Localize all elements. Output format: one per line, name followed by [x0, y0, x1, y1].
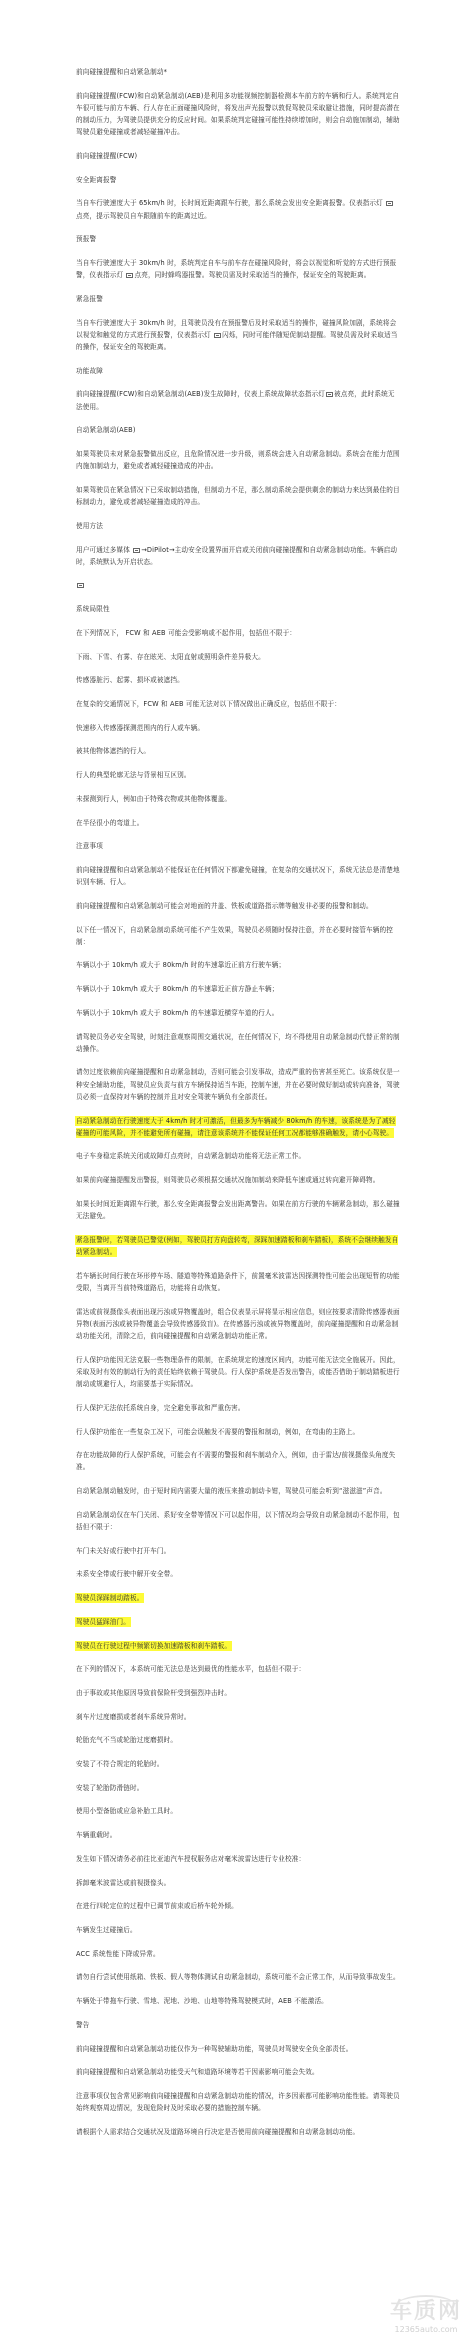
paragraph: 功能故障	[76, 365, 400, 377]
paragraph: 请勿过度依赖前向碰撞提醒和自动紧急制动，否则可能会引发事故，造成严重的伤害甚至死…	[76, 1066, 400, 1103]
paragraph: 拆卸毫米波雷达或前视摄像头。	[76, 1877, 400, 1889]
paragraph: 当自车行驶速度大于 65km/h 时，长时间近距离跟车行驶，那么系统会发出安全距…	[76, 197, 400, 221]
paragraph: 被其他物体遮挡的行人。	[76, 745, 400, 757]
paragraph: 请根据个人需求结合交通状况及道路环境自行决定是否使用前向碰撞提醒和自动紧急制动功…	[76, 2126, 400, 2138]
paragraph-text: 快速移入传感器探测范围内的行人或车辆。	[76, 724, 204, 732]
document-body: 前向碰撞提醒和自动紧急制动* 前向碰撞提醒(FCW)和自动紧急制动(AEB)是利…	[76, 66, 400, 2150]
paragraph-text: 使用小型备胎或应急补胎工具时。	[76, 1807, 177, 1815]
paragraph: 刹车片过度磨损或者刹车系统异常时。	[76, 1711, 400, 1723]
paragraph-list: 前向碰撞提醒(FCW)和自动紧急制动(AEB)是利用多功能视频控制器检测本车前方…	[76, 90, 400, 2138]
paragraph: 注意事项	[76, 840, 400, 852]
paragraph: 如果驾驶员未对紧急报警做出反应，且危险情况进一步升级，则系统会进入自动紧急制动。…	[76, 448, 400, 472]
paragraph-text: 被其他物体遮挡的行人。	[76, 747, 150, 755]
paragraph-text: 在下列的情况下，本系统可能无法总是达到最优的性能水平，包括但不限于：	[76, 1665, 305, 1673]
paragraph-text: 车辆以小于 10km/h 或大于 80km/h 时的车速靠近正前方行驶车辆；	[76, 961, 285, 969]
paragraph: 驾驶员深踩制动踏板。	[76, 1592, 400, 1604]
paragraph-text: 功能故障	[76, 367, 103, 375]
paragraph-text: 前向碰撞提醒和自动紧急制动功能仅作为一种驾驶辅助功能，驾驶员对驾驶安全负全部责任…	[76, 2045, 353, 2053]
paragraph-text: 安装了不符合规定的轮胎时。	[76, 1760, 164, 1768]
paragraph-text: 安装了轮胎防滑链时。	[76, 1784, 143, 1792]
paragraph: 自动紧急制动在行驶速度大于 4km/h 时才可激活，但最多为车辆减少 80km/…	[76, 1115, 400, 1139]
paragraph-text: 车辆以小于 10km/h 或大于 80km/h 的车速靠近正前方静止车辆；	[76, 985, 278, 993]
paragraph: 以下任一情况下，自动紧急制动系统可能不产生效果，驾驶员必须随时保持注意，并在必要…	[76, 924, 400, 948]
paragraph: 驾驶员猛踩油门。	[76, 1616, 400, 1628]
paragraph: 车辆以小于 10km/h 或大于 80km/h 时的车速靠近正前方行驶车辆；	[76, 959, 400, 971]
paragraph-text: 自动紧急制动仅在车门关闭、系好安全带等情况下可以起作用，以下情况均会导致自动紧急…	[76, 1511, 400, 1531]
paragraph: 用户可通过多媒体 →DiPilot→主动安全设置界面开启或关闭前向碰撞提醒和自动…	[76, 544, 400, 568]
paragraph-text: 如果长时间近距离跟车行驶，那么安全距离报警会发出距离警告。如果在前方行驶的车辆紧…	[76, 1200, 400, 1220]
paragraph: 下雨、下雪、有雾、存在眩光、太阳直射或照明条件差异极大。	[76, 651, 400, 663]
paragraph: 系统局限性	[76, 603, 400, 615]
paragraph-text: 点亮，同时蜂鸣器报警。驾驶员需及时采取适当的操作，保证安全的驾驶距离。	[134, 271, 370, 279]
paragraph: 前向碰撞提醒和自动紧急制动可能会对地面的井盖、铁板或道路指示牌等触发非必要的报警…	[76, 900, 400, 912]
paragraph: 自动紧急制动(AEB)	[76, 424, 400, 436]
forward-collision-indicator-icon	[214, 333, 221, 338]
paragraph: 行人保护功能在一些复杂工况下，可能会误触发不需要的警报和制动，例如，在弯曲的主路…	[76, 1426, 400, 1438]
paragraph: 自动紧急制动触发时，由于短时间内需要大量的液压来推动制动卡钳，驾驶员可能会听到“…	[76, 1485, 400, 1497]
paragraph-text: 未探测到行人，例如由于特殊衣物或其他物体覆盖。	[76, 795, 231, 803]
paragraph-text: 车辆处于带拖车行驶、雪地、泥地、沙地、山地等特殊驾驶模式时，AEB 不能激活。	[76, 1997, 328, 2005]
paragraph-text: 车辆重载时。	[76, 1831, 116, 1839]
paragraph-text: 点亮，提示驾驶员自车跟随前车的距离过近。	[76, 212, 211, 220]
paragraph-text: 请勿过度依赖前向碰撞提醒和自动紧急制动，否则可能会引发事故，造成严重的伤害甚至死…	[76, 1068, 400, 1100]
paragraph-text: 传感器脏污、起雾、损坏或被遮挡。	[76, 676, 184, 684]
paragraph: 在进行四轮定位的过程中已调节前束或后桥车轮外倾。	[76, 1900, 400, 1912]
paragraph: 安装了轮胎防滑链时。	[76, 1782, 400, 1794]
paragraph: 驾驶员在行驶过程中频繁切换加速踏板和刹车踏板。	[76, 1640, 400, 1652]
paragraph: 行人保护无法依托系统自身，完全避免事故和严重伤害。	[76, 1402, 400, 1414]
paragraph: 前向碰撞提醒和自动紧急制动功能仅作为一种驾驶辅助功能，驾驶员对驾驶安全负全部责任…	[76, 2043, 400, 2055]
highlighted-text: 驾驶员深踩制动踏板。	[76, 1594, 143, 1602]
document-title: 前向碰撞提醒和自动紧急制动*	[76, 66, 400, 78]
paragraph: 前向碰撞提醒(FCW)	[76, 150, 400, 162]
paragraph: 如果前向碰撞提醒发出警报，则驾驶员必须根据交通状况施加制动来降低车速或通过转向避…	[76, 1174, 400, 1186]
paragraph: 安装了不符合规定的轮胎时。	[76, 1758, 400, 1770]
paragraph: 在下列情况下， FCW 和 AEB 可能会受影响或不起作用，包括但不限于：	[76, 627, 400, 639]
paragraph: 行人保护功能因无法克服一些物理条件的限制，在系统规定的速度区间内，功能可能无法完…	[76, 1354, 400, 1391]
paragraph-text: 由于事故或其他原因导致前保险杆受到强烈冲击时。	[76, 1689, 231, 1697]
paragraph: 车门未关好或行驶中打开车门。	[76, 1545, 400, 1557]
distance-warning-indicator-icon	[386, 201, 393, 206]
paragraph-text: 行人保护功能在一些复杂工况下，可能会误触发不需要的警报和制动，例如，在弯曲的主路…	[76, 1428, 359, 1436]
paragraph: 车辆发生过碰撞后。	[76, 1924, 400, 1936]
paragraph-text: 前向碰撞提醒(FCW)	[76, 152, 137, 160]
paragraph-text: 前向碰撞提醒和自动紧急制动可能会对地面的井盖、铁板或道路指示牌等触发非必要的报警…	[76, 902, 373, 910]
paragraph: 车辆以小于 10km/h 或大于 80km/h 的车速靠近正前方静止车辆；	[76, 983, 400, 995]
paragraph: 如果驾驶员在紧急情况下已采取制动措施，但制动力不足，那么制动系统会提供剩余的制动…	[76, 484, 400, 508]
paragraph-text: 行人的典型轮廓无法与背景相互区别。	[76, 771, 191, 779]
paragraph: 雷达或前视摄像头表面出现污浊或异物覆盖时，组合仪表显示屏将显示相应信息，则应按要…	[76, 1306, 400, 1343]
paragraph: 使用小型备胎或应急补胎工具时。	[76, 1805, 400, 1817]
paragraph-text: 紧急报警	[76, 295, 103, 303]
paragraph-text: 刹车片过度磨损或者刹车系统异常时。	[76, 1713, 191, 1721]
paragraph: 若车辆长时间行驶在环形停车场、隧道等特殊道路条件下，前置毫米波雷达因探测特性可能…	[76, 1270, 400, 1294]
paragraph-text: 在进行四轮定位的过程中已调节前束或后桥车轮外倾。	[76, 1902, 238, 1910]
logo-arc-icon	[396, 2295, 456, 2317]
paragraph: 车辆以小于 10km/h 或大于 80km/h 的车速靠近横穿车道的行人。	[76, 1007, 400, 1019]
paragraph: 在下列的情况下，本系统可能无法总是达到最优的性能水平，包括但不限于：	[76, 1663, 400, 1675]
paragraph: 车辆处于带拖车行驶、雪地、泥地、沙地、山地等特殊驾驶模式时，AEB 不能激活。	[76, 1995, 400, 2007]
paragraph: ACC 系统性能下降或异常。	[76, 1948, 400, 1960]
paragraph-text: 以下任一情况下，自动紧急制动系统可能不产生效果，驾驶员必须随时保持注意，并在必要…	[76, 926, 393, 946]
highlighted-text: 驾驶员猛踩油门。	[76, 1618, 130, 1626]
paragraph-text: 车门未关好或行驶中打开车门。	[76, 1547, 170, 1555]
paragraph-text: 如果驾驶员在紧急情况下已采取制动措施，但制动力不足，那么制动系统会提供剩余的制动…	[76, 486, 400, 506]
paragraph: 发生如下情况请务必前往比亚迪汽车授权服务店对毫米波雷达进行专业校准：	[76, 1853, 400, 1865]
forward-collision-indicator-icon	[126, 273, 133, 278]
paragraph: 前向碰撞提醒和自动紧急制动不能保证在任何情况下都避免碰撞，在复杂的交通状况下，系…	[76, 864, 400, 888]
paragraph: 前向碰撞提醒(FCW)和自动紧急制动(AEB)是利用多功能视频控制器检测本车前方…	[76, 90, 400, 139]
paragraph: 未探测到行人，例如由于特殊衣物或其他物体覆盖。	[76, 793, 400, 805]
paragraph-text: 行人保护功能因无法克服一些物理条件的限制，在系统规定的速度区间内，功能可能无法完…	[76, 1356, 400, 1388]
paragraph: 轮胎充气不当或轮胎过度磨损时。	[76, 1734, 400, 1746]
paragraph: 紧急报警时，若驾驶员已警觉(例如，驾驶员打方向盘转弯，深踩加速踏板和刹车踏板)，…	[76, 1234, 400, 1258]
paragraph: 警告	[76, 2019, 400, 2031]
paragraph-text: 注意事项仅包含常见影响前向碰撞提醒和自动紧急制动功能的情况，许多因素都可能影响功…	[76, 2092, 400, 2112]
paragraph: 预报警	[76, 233, 400, 245]
paragraph-text: 请根据个人需求结合交通状况及道路环境自行决定是否使用前向碰撞提醒和自动紧急制动功…	[76, 2128, 359, 2136]
paragraph: 前向碰撞提醒(FCW)和自动紧急制动(AEB)发生故障时，仪表上系统故障状态指示…	[76, 388, 400, 412]
paragraph-text: 当自车行驶速度大于 65km/h 时，长时间近距离跟车行驶，那么系统会发出安全距…	[76, 199, 385, 207]
paragraph-text: 自动紧急制动触发时，由于短时间内需要大量的液压来推动制动卡钳，驾驶员可能会听到“…	[76, 1487, 387, 1495]
highlighted-text: 自动紧急制动在行驶速度大于 4km/h 时才可激活，但最多为车辆减少 80km/…	[76, 1117, 396, 1137]
watermark-url: 12365auto.com	[382, 2325, 470, 2335]
paragraph: 未系安全带或行驶中解开安全带。	[76, 1568, 400, 1580]
paragraph-text: 在半径很小的弯道上。	[76, 819, 143, 827]
paragraph: 由于事故或其他原因导致前保险杆受到强烈冲击时。	[76, 1687, 400, 1699]
paragraph-text: 如果驾驶员未对紧急报警做出反应，且危险情况进一步升级，则系统会进入自动紧急制动。…	[76, 450, 400, 470]
paragraph: 紧急报警	[76, 293, 400, 305]
paragraph: 行人的典型轮廓无法与背景相互区别。	[76, 769, 400, 781]
paragraph-text: 行人保护无法依托系统自身，完全避免事故和严重伤害。	[76, 1404, 245, 1412]
paragraph-text: 请驾驶员务必安全驾驶，时刻注意观察周围交通状况，在任何情况下，均不得使用自动紧急…	[76, 1033, 400, 1053]
paragraph-text: 发生如下情况请务必前往比亚迪汽车授权服务店对毫米波雷达进行专业校准：	[76, 1855, 305, 1863]
watermark-logo: 车质网 12365auto.com	[382, 2299, 470, 2347]
paragraph-text: 预报警	[76, 235, 96, 243]
paragraph: 在半径很小的弯道上。	[76, 817, 400, 829]
paragraph-text: 前向碰撞提醒(FCW)和自动紧急制动(AEB)是利用多功能视频控制器检测本车前方…	[76, 92, 400, 137]
paragraph-text: 未系安全带或行驶中解开安全带。	[76, 1570, 177, 1578]
paragraph-text: 系统局限性	[76, 605, 110, 613]
highlighted-text: 驾驶员在行驶过程中频繁切换加速踏板和刹车踏板。	[76, 1642, 231, 1650]
paragraph-text: 车辆发生过碰撞后。	[76, 1926, 137, 1934]
paragraph-text: 轮胎充气不当或轮胎过度磨损时。	[76, 1736, 177, 1744]
paragraph: 当自车行驶速度大于 30km/h 时，系统判定自车与前车存在碰撞风险时，将会以视…	[76, 257, 400, 281]
paragraph-text: 雷达或前视摄像头表面出现污浊或异物覆盖时，组合仪表显示屏将显示相应信息，则应按要…	[76, 1308, 400, 1340]
paragraph: 快速移入传感器探测范围内的行人或车辆。	[76, 722, 400, 734]
paragraph-text: 存在功能故障的行人保护系统，可能会有不需要的警报和刹车制动介入，例如，由于雷达/…	[76, 1451, 395, 1471]
paragraph-text: 在复杂的交通情况下，FCW 和 AEB 可能无法对以下情况做出正确反应，包括但不…	[76, 700, 341, 708]
paragraph: 电子车身稳定系统关闭或故障灯点亮时，自动紧急制动功能将无法正常工作。	[76, 1150, 400, 1162]
paragraph-text: 如果前向碰撞提醒发出警报，则驾驶员必须根据交通状况施加制动来降低车速或通过转向避…	[76, 1176, 379, 1184]
paragraph: 自动紧急制动仅在车门关闭、系好安全带等情况下可以起作用，以下情况均会导致自动紧急…	[76, 1509, 400, 1533]
paragraph-text: 若车辆长时间行驶在环形停车场、隧道等特殊道路条件下，前置毫米波雷达因探测特性可能…	[76, 1272, 400, 1292]
paragraph-text: 拆卸毫米波雷达或前视摄像头。	[76, 1879, 170, 1887]
paragraph: 使用方法	[76, 520, 400, 532]
paragraph-text: 车辆以小于 10km/h 或大于 80km/h 的车速靠近横穿车道的行人。	[76, 1009, 278, 1017]
paragraph-text: 用户可通过多媒体	[76, 546, 132, 554]
paragraph-text: 警告	[76, 2021, 90, 2029]
paragraph: 前向碰撞提醒和自动紧急制动功能受天气和道路环境等若干因素影响可能会失效。	[76, 2066, 400, 2078]
paragraph-text: 前向碰撞提醒和自动紧急制动功能受天气和道路环境等若干因素影响可能会失效。	[76, 2068, 319, 2076]
paragraph-text: 前向碰撞提醒和自动紧急制动不能保证在任何情况下都避免碰撞，在复杂的交通状况下，系…	[76, 866, 400, 886]
paragraph: 当自车行驶速度大于 30km/h 时，且驾驶员没有在预报警后及时采取适当的操作，…	[76, 317, 400, 354]
paragraph-text: 安全距离报警	[76, 176, 116, 184]
paragraph: 如果长时间近距离跟车行驶，那么安全距离报警会发出距离警告。如果在前方行驶的车辆紧…	[76, 1198, 400, 1222]
paragraph: 在复杂的交通情况下，FCW 和 AEB 可能无法对以下情况做出正确反应，包括但不…	[76, 698, 400, 710]
paragraph-text: 请勿自行尝试使用纸箱、铁板、假人等物体测试自动紧急制动，系统可能不会正常工作，从…	[76, 1973, 400, 1981]
highlighted-text: 紧急报警时，若驾驶员已警觉(例如，驾驶员打方向盘转弯，深踩加速踏板和刹车踏板)，…	[76, 1236, 398, 1256]
paragraph	[76, 579, 400, 591]
paragraph-text: 下雨、下雪、有雾、存在眩光、太阳直射或照明条件差异极大。	[76, 653, 265, 661]
paragraph: 车辆重载时。	[76, 1829, 400, 1841]
paragraph-text: ACC 系统性能下降或异常。	[76, 1950, 160, 1958]
paragraph-text: 使用方法	[76, 522, 103, 530]
paragraph-text: 自动紧急制动(AEB)	[76, 426, 136, 434]
paragraph: 请勿自行尝试使用纸箱、铁板、假人等物体测试自动紧急制动，系统可能不会正常工作，从…	[76, 1971, 400, 1983]
paragraph: 注意事项仅包含常见影响前向碰撞提醒和自动紧急制动功能的情况，许多因素都可能影响功…	[76, 2090, 400, 2114]
paragraph: 安全距离报警	[76, 174, 400, 186]
paragraph: 请驾驶员务必安全驾驶，时刻注意观察周围交通状况，在任何情况下，均不得使用自动紧急…	[76, 1031, 400, 1055]
settings-screenshot-icon	[77, 583, 84, 588]
paragraph-text: 在下列情况下， FCW 和 AEB 可能会受影响或不起作用，包括但不限于：	[76, 629, 296, 637]
paragraph: 存在功能故障的行人保护系统，可能会有不需要的警报和刹车制动介入，例如，由于雷达/…	[76, 1449, 400, 1473]
paragraph-text: 前向碰撞提醒(FCW)和自动紧急制动(AEB)发生故障时，仪表上系统故障状态指示…	[76, 390, 325, 398]
paragraph-text: 电子车身稳定系统关闭或故障灯点亮时，自动紧急制动功能将无法正常工作。	[76, 1152, 305, 1160]
system-fault-indicator-icon	[326, 392, 333, 397]
paragraph-text: 注意事项	[76, 842, 103, 850]
paragraph: 传感器脏污、起雾、损坏或被遮挡。	[76, 674, 400, 686]
multimedia-icon	[133, 548, 140, 553]
